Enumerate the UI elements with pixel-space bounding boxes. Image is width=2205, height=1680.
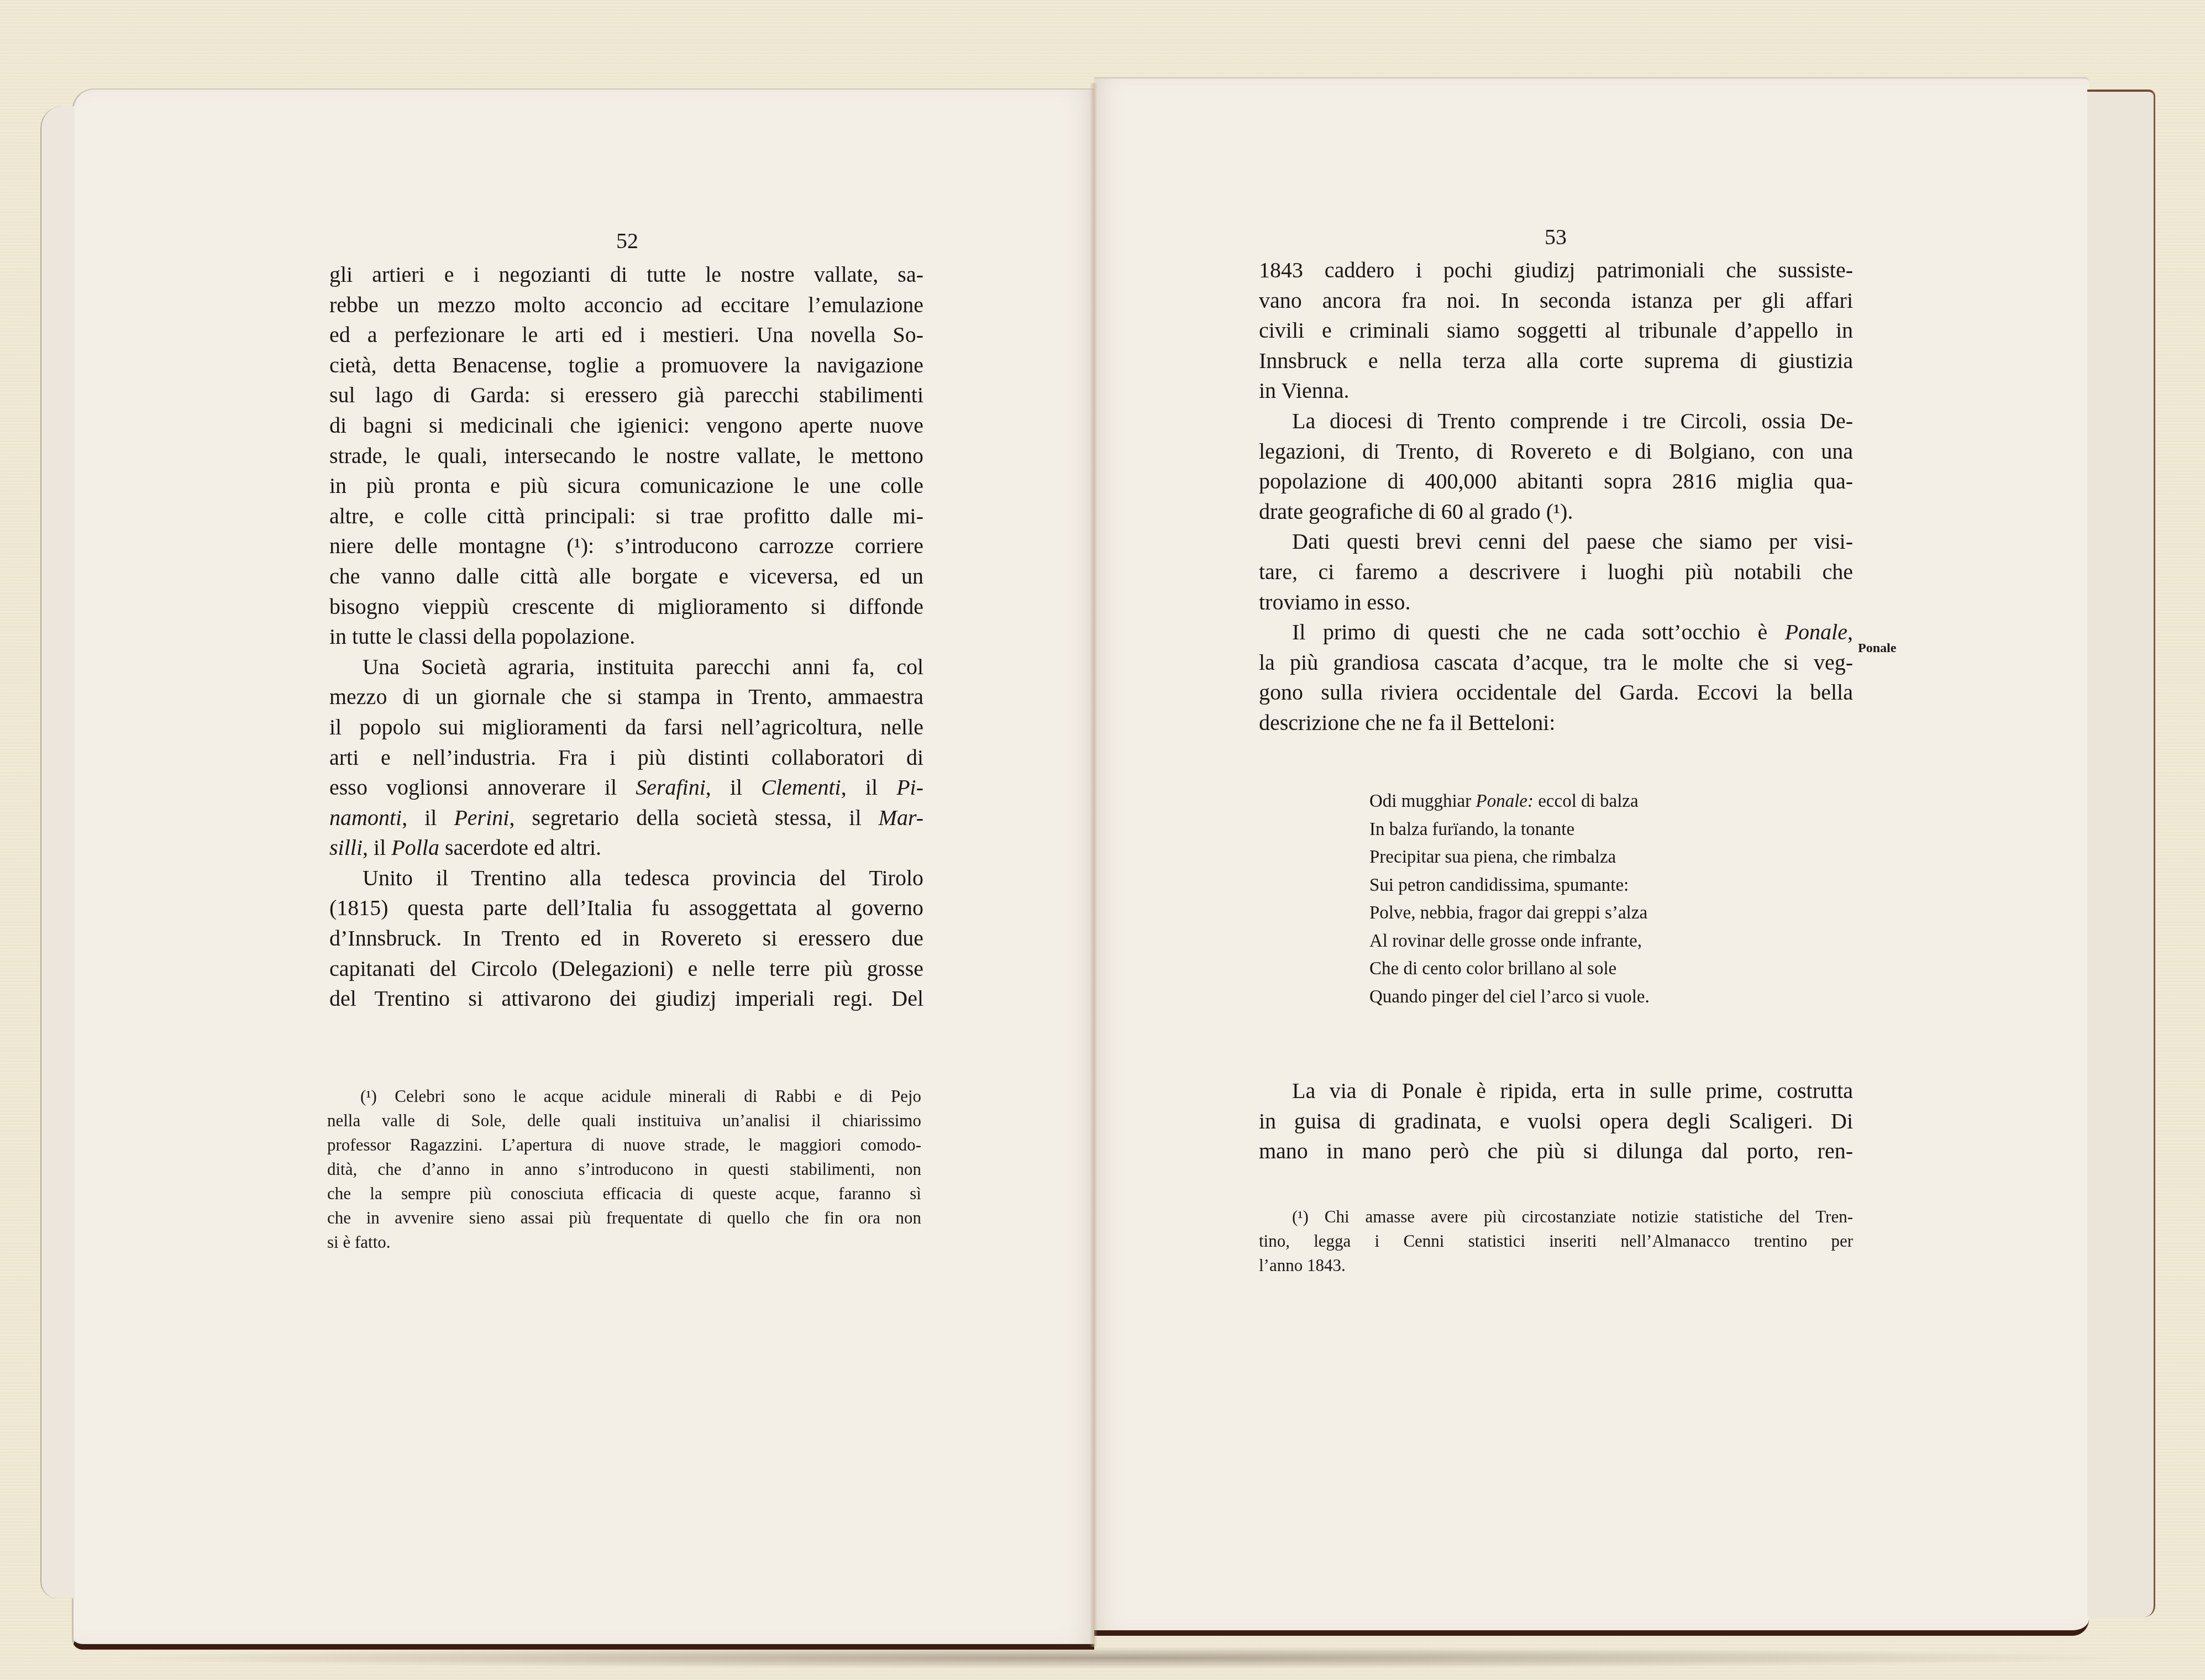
text-line: rebbe un mezzo molto acconcio ad eccitar… <box>329 290 923 321</box>
left-paragraph-3: Unito il Trentino alla tedesca provincia… <box>329 863 923 1014</box>
margin-note: Ponale <box>1858 641 1896 656</box>
text-line: Unito il Trentino alla tedesca provincia… <box>329 863 923 894</box>
text-span: , il <box>402 805 454 830</box>
text-line: strade, le quali, intersecando le nostre… <box>329 441 923 471</box>
text-line: vano ancora fra noi. In seconda istanza … <box>1259 286 1853 316</box>
text-line: arti e nell’industria. Fra i più distint… <box>329 743 923 773</box>
text-line: (1815) questa parte dell’Italia fu assog… <box>329 893 923 923</box>
text-line: descrizione che ne fa il Betteloni: <box>1259 708 1853 738</box>
text-line: in guisa di gradinata, e vuolsi opera de… <box>1259 1106 1853 1137</box>
text-span: , <box>1847 620 1853 644</box>
poem-verse: Quando pinger del ciel l’arco si vuole. <box>1369 983 1650 1011</box>
italic-name: Ponale <box>1785 620 1847 644</box>
footnote-line: (¹) Chi amasse avere più circostanziate … <box>1259 1205 1853 1229</box>
text-line-with-name: Il primo di questi che ne cada sott’occh… <box>1259 617 1853 648</box>
text-line: civili e criminali siamo soggetti al tri… <box>1259 316 1853 346</box>
text-line: gli artieri e i negozianti di tutte le n… <box>329 260 923 290</box>
text-line: il popolo sui miglioramenti da farsi nel… <box>329 712 923 743</box>
poem-verse: Precipitar sua piena, che rimbalza <box>1369 843 1650 872</box>
left-paragraph-1: gli artieri e i negozianti di tutte le n… <box>329 260 923 652</box>
right-paragraph-4: Il primo di questi che ne cada sott’occh… <box>1259 617 1853 738</box>
right-paragraph-3: Dati questi brevi cenni del paese che si… <box>1259 527 1853 617</box>
italic-name: silli <box>329 835 363 860</box>
italic-name: Serafini <box>636 775 706 800</box>
italic-name: Ponale: <box>1476 791 1533 811</box>
text-line: sul lago di Garda: si eressero già parec… <box>329 380 923 411</box>
text-line: mezzo di un giornale che si stampa in Tr… <box>329 682 923 712</box>
text-span: , segretario della società stessa, il <box>509 805 878 830</box>
text-line: Innsbruck e nella terza alla corte supre… <box>1259 346 1853 376</box>
text-line-with-names: esso voglionsi annoverare il Serafini, i… <box>329 773 923 803</box>
poem-verse: Odi mugghiar Ponale: eccol di balza <box>1369 788 1650 816</box>
italic-name: Polla <box>391 835 439 860</box>
footnote-line: che in avvenire sieno assai più frequent… <box>327 1206 921 1230</box>
text-line: popolazione di 400,000 abitanti sopra 28… <box>1259 466 1853 497</box>
italic-name: Mar- <box>879 805 923 830</box>
text-span: , il <box>363 835 391 860</box>
poem-verse: Al rovinar delle grosse onde infrante, <box>1369 927 1650 956</box>
italic-name: namonti <box>329 805 402 830</box>
text-line: che vanno dalle città alle borgate e vic… <box>329 561 923 592</box>
text-span: esso voglionsi annoverare il <box>329 775 636 800</box>
text-span: eccol di balza <box>1534 791 1639 811</box>
right-paragraph-2: La diocesi di Trento comprende i tre Cir… <box>1259 406 1853 527</box>
left-page-body: gli artieri e i negozianti di tutte le n… <box>329 260 923 1014</box>
text-span: Il primo di questi che ne cada sott’occh… <box>1292 620 1785 644</box>
left-paragraph-2: Una Società agraria, instituita parecchi… <box>329 652 923 863</box>
italic-name: Clementi <box>761 775 841 800</box>
footnote-line: professor Ragazzini. L’apertura di nuove… <box>327 1133 921 1157</box>
footnote-line: nella valle di Sole, delle quali institu… <box>327 1109 921 1133</box>
book-spine <box>1090 83 1098 1647</box>
poem-verse: Sui petron candidissima, spumante: <box>1369 872 1650 900</box>
book-shadow <box>99 1647 2139 1669</box>
italic-name: Perini <box>454 805 509 830</box>
poem-verse: Polve, nebbia, fragor dai greppi s’alza <box>1369 899 1650 927</box>
right-footnote: (¹) Chi amasse avere più circostanziate … <box>1259 1205 1853 1278</box>
text-line: tare, ci faremo a descrivere i luoghi pi… <box>1259 557 1853 587</box>
text-line: ed a perfezionare le arti ed i mestieri.… <box>329 320 923 350</box>
text-span: Odi mugghiar <box>1369 791 1476 811</box>
poem-verse: In balza furïando, la tonante <box>1369 816 1650 844</box>
text-line: mano in mano però che più si dilunga dal… <box>1259 1136 1853 1167</box>
text-line: La diocesi di Trento comprende i tre Cir… <box>1259 406 1853 437</box>
text-line: gono sulla riviera occidentale del Garda… <box>1259 678 1853 708</box>
text-line: in tutte le classi della popolazione. <box>329 622 923 652</box>
text-line: capitanati del Circolo (Delegazioni) e n… <box>329 954 923 984</box>
text-line-with-names: namonti, il Perini, segretario della soc… <box>329 803 923 833</box>
open-book: 52 gli artieri e i negozianti di tutte l… <box>0 0 2205 1680</box>
text-line: del Trentino si attivarono dei giudizj i… <box>329 984 923 1014</box>
text-line: cietà, detta Benacense, toglie a promuov… <box>329 350 923 381</box>
text-line-with-names: silli, il Polla sacerdote ed altri. <box>329 833 923 863</box>
text-span: , il <box>706 775 761 800</box>
right-page-overleaf <box>2087 90 2155 1617</box>
footnote-line: si è fatto. <box>327 1230 921 1254</box>
text-line: 1843 caddero i pochi giudizj patrimonial… <box>1259 255 1853 286</box>
footnote-line: tino, legga i Cenni statistici inseriti … <box>1259 1229 1853 1253</box>
footnote-line: dità, che d’anno in anno s’introducono i… <box>327 1157 921 1182</box>
right-page-body: 1843 caddero i pochi giudizj patrimonial… <box>1259 255 1853 738</box>
text-span: , il <box>841 775 896 800</box>
text-line: Una Società agraria, instituita parecchi… <box>329 652 923 683</box>
text-line: drate geografiche di 60 al grado (¹). <box>1259 497 1853 527</box>
text-line: di bagni si medicinali che igienici: ven… <box>329 411 923 441</box>
poem-verse: Che di cento color brillano al sole <box>1369 955 1650 983</box>
left-page-underleaf <box>40 106 75 1598</box>
text-line: altre, e colle città principali: si trae… <box>329 501 923 532</box>
text-line: in Vienna. <box>1259 376 1853 406</box>
text-line: troviamo in esso. <box>1259 587 1853 618</box>
text-line: la più grandiosa cascata d’acque, tra le… <box>1259 648 1853 678</box>
footnote-line: l’anno 1843. <box>1259 1253 1853 1278</box>
text-line: La via di Ponale è ripida, erta in sulle… <box>1259 1076 1853 1106</box>
right-closing-paragraph: La via di Ponale è ripida, erta in sulle… <box>1259 1076 1853 1167</box>
text-line: Dati questi brevi cenni del paese che si… <box>1259 527 1853 557</box>
text-line: in più pronta e più sicura comunicazione… <box>329 471 923 501</box>
italic-name: Pi- <box>896 775 923 800</box>
footnote-line: (¹) Celebri sono le acque acidule minera… <box>327 1084 921 1109</box>
text-line: bisogno vieppiù crescente di miglioramen… <box>329 592 923 622</box>
right-page-number: 53 <box>1528 224 1583 250</box>
left-page-number: 52 <box>600 228 655 254</box>
poem-quote: Odi mugghiar Ponale: eccol di balza In b… <box>1369 788 1650 1011</box>
text-line: d’Innsbruck. In Trento ed in Rovereto si… <box>329 923 923 954</box>
footnote-line: che la sempre più conosciuta efficacia d… <box>327 1182 921 1206</box>
right-paragraph-1: 1843 caddero i pochi giudizj patrimonial… <box>1259 255 1853 406</box>
left-footnote: (¹) Celebri sono le acque acidule minera… <box>327 1084 921 1254</box>
text-span: sacerdote ed altri. <box>439 835 601 860</box>
text-line: legazioni, di Trento, di Rovereto e di B… <box>1259 437 1853 467</box>
text-line: niere delle montagne (¹): s’introducono … <box>329 531 923 561</box>
